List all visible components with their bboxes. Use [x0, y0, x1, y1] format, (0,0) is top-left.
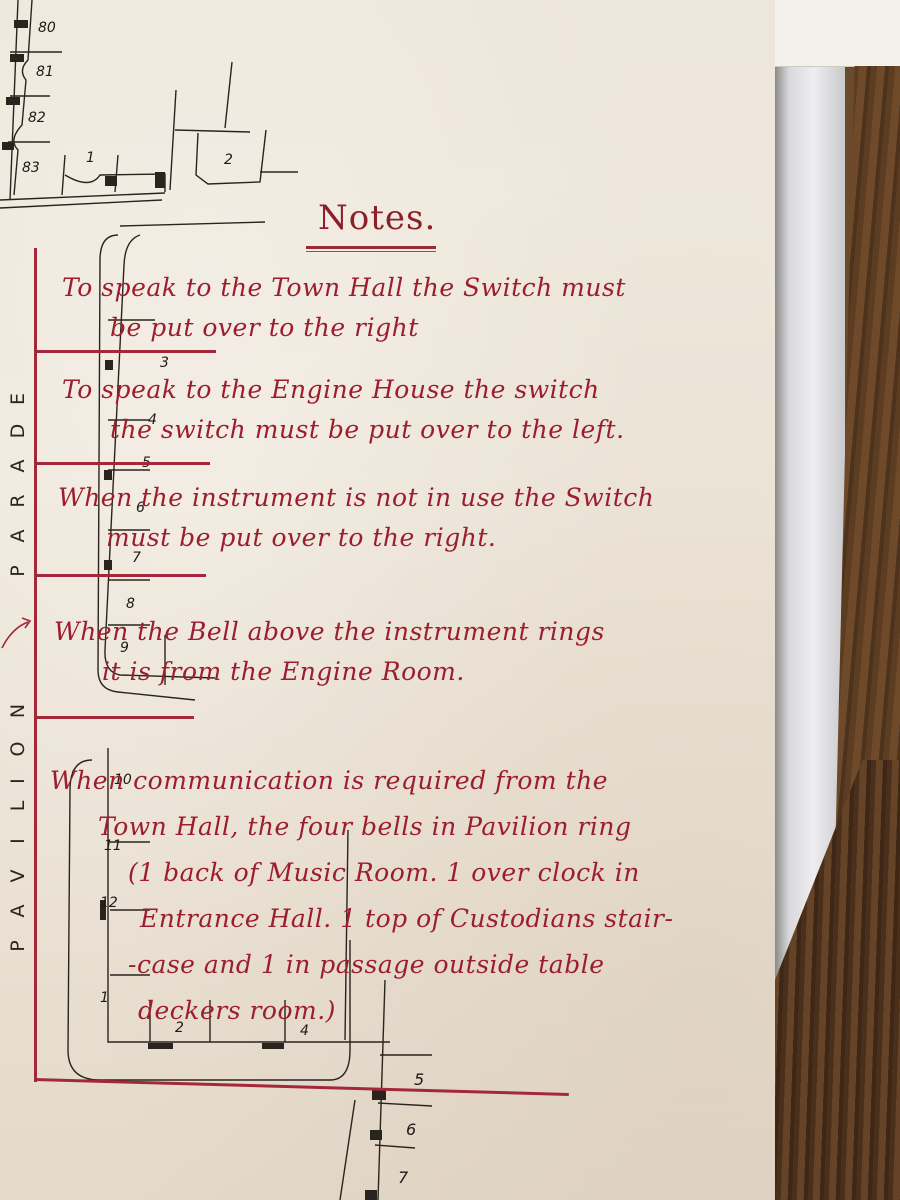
note-communication-town-hall: When communication is required from the …	[50, 758, 673, 1034]
notes-title: Notes.	[318, 198, 436, 238]
street-letter: I	[7, 821, 29, 861]
plan-number: 6	[406, 1120, 416, 1139]
street-letter: E	[7, 379, 29, 419]
plan-number: 2	[224, 152, 233, 168]
section-divider	[34, 350, 216, 353]
street-letter: V	[7, 856, 29, 896]
plan-number: 7	[398, 1168, 408, 1187]
plan-number: 83	[22, 160, 40, 176]
note-line: deckers room.)	[50, 988, 673, 1034]
street-letter: R	[7, 481, 29, 521]
plan-number: 3	[160, 355, 169, 371]
plan-number: 82	[28, 110, 46, 126]
plan-number: 1	[86, 150, 95, 166]
plan-number: 5	[414, 1070, 424, 1089]
note-line: Town Hall, the four bells in Pavilion ri…	[50, 804, 673, 850]
street-letter: A	[7, 446, 29, 486]
title-underline-thin	[306, 251, 436, 252]
street-letter: O	[7, 729, 29, 769]
street-letter: A	[7, 891, 29, 931]
section-divider	[34, 462, 210, 465]
note-town-hall: To speak to the Town Hall the Switch mus…	[62, 268, 626, 348]
note-line: must be put over to the right.	[58, 518, 654, 558]
note-bell-rings: When the Bell above the instrument rings…	[54, 612, 605, 692]
section-divider	[34, 716, 194, 719]
note-line: To speak to the Engine House the switch	[62, 375, 600, 404]
plan-number: 81	[36, 64, 54, 80]
note-line: Entrance Hall. 1 top of Custodians stair…	[50, 896, 673, 942]
street-letter: P	[7, 926, 29, 966]
note-line: When the instrument is not in use the Sw…	[58, 483, 654, 512]
section-divider	[34, 574, 206, 577]
note-engine-house: To speak to the Engine House the switch …	[62, 370, 625, 450]
margin-rule	[34, 248, 37, 1082]
street-letter: N	[7, 691, 29, 731]
title-underline	[306, 246, 436, 249]
plan-number: 8	[126, 596, 135, 612]
note-line: To speak to the Town Hall the Switch mus…	[62, 273, 626, 302]
note-line: it is from the Engine Room.	[54, 652, 605, 692]
street-letter: P	[7, 551, 29, 591]
street-label-pavilion-parade: P A V I L I O N P A R A D E	[0, 400, 38, 960]
note-instrument-not-in-use: When the instrument is not in use the Sw…	[58, 478, 654, 558]
note-line: be put over to the right	[62, 308, 626, 348]
note-line: When the Bell above the instrument rings	[54, 617, 605, 646]
street-letter: A	[7, 516, 29, 556]
plan-number: 80	[38, 20, 56, 36]
note-line: When communication is required from the	[50, 766, 608, 795]
note-line: the switch must be put over to the left.	[62, 410, 625, 450]
note-line: -case and 1 in passage outside table	[50, 942, 673, 988]
note-line: (1 back of Music Room. 1 over clock in	[50, 850, 673, 896]
